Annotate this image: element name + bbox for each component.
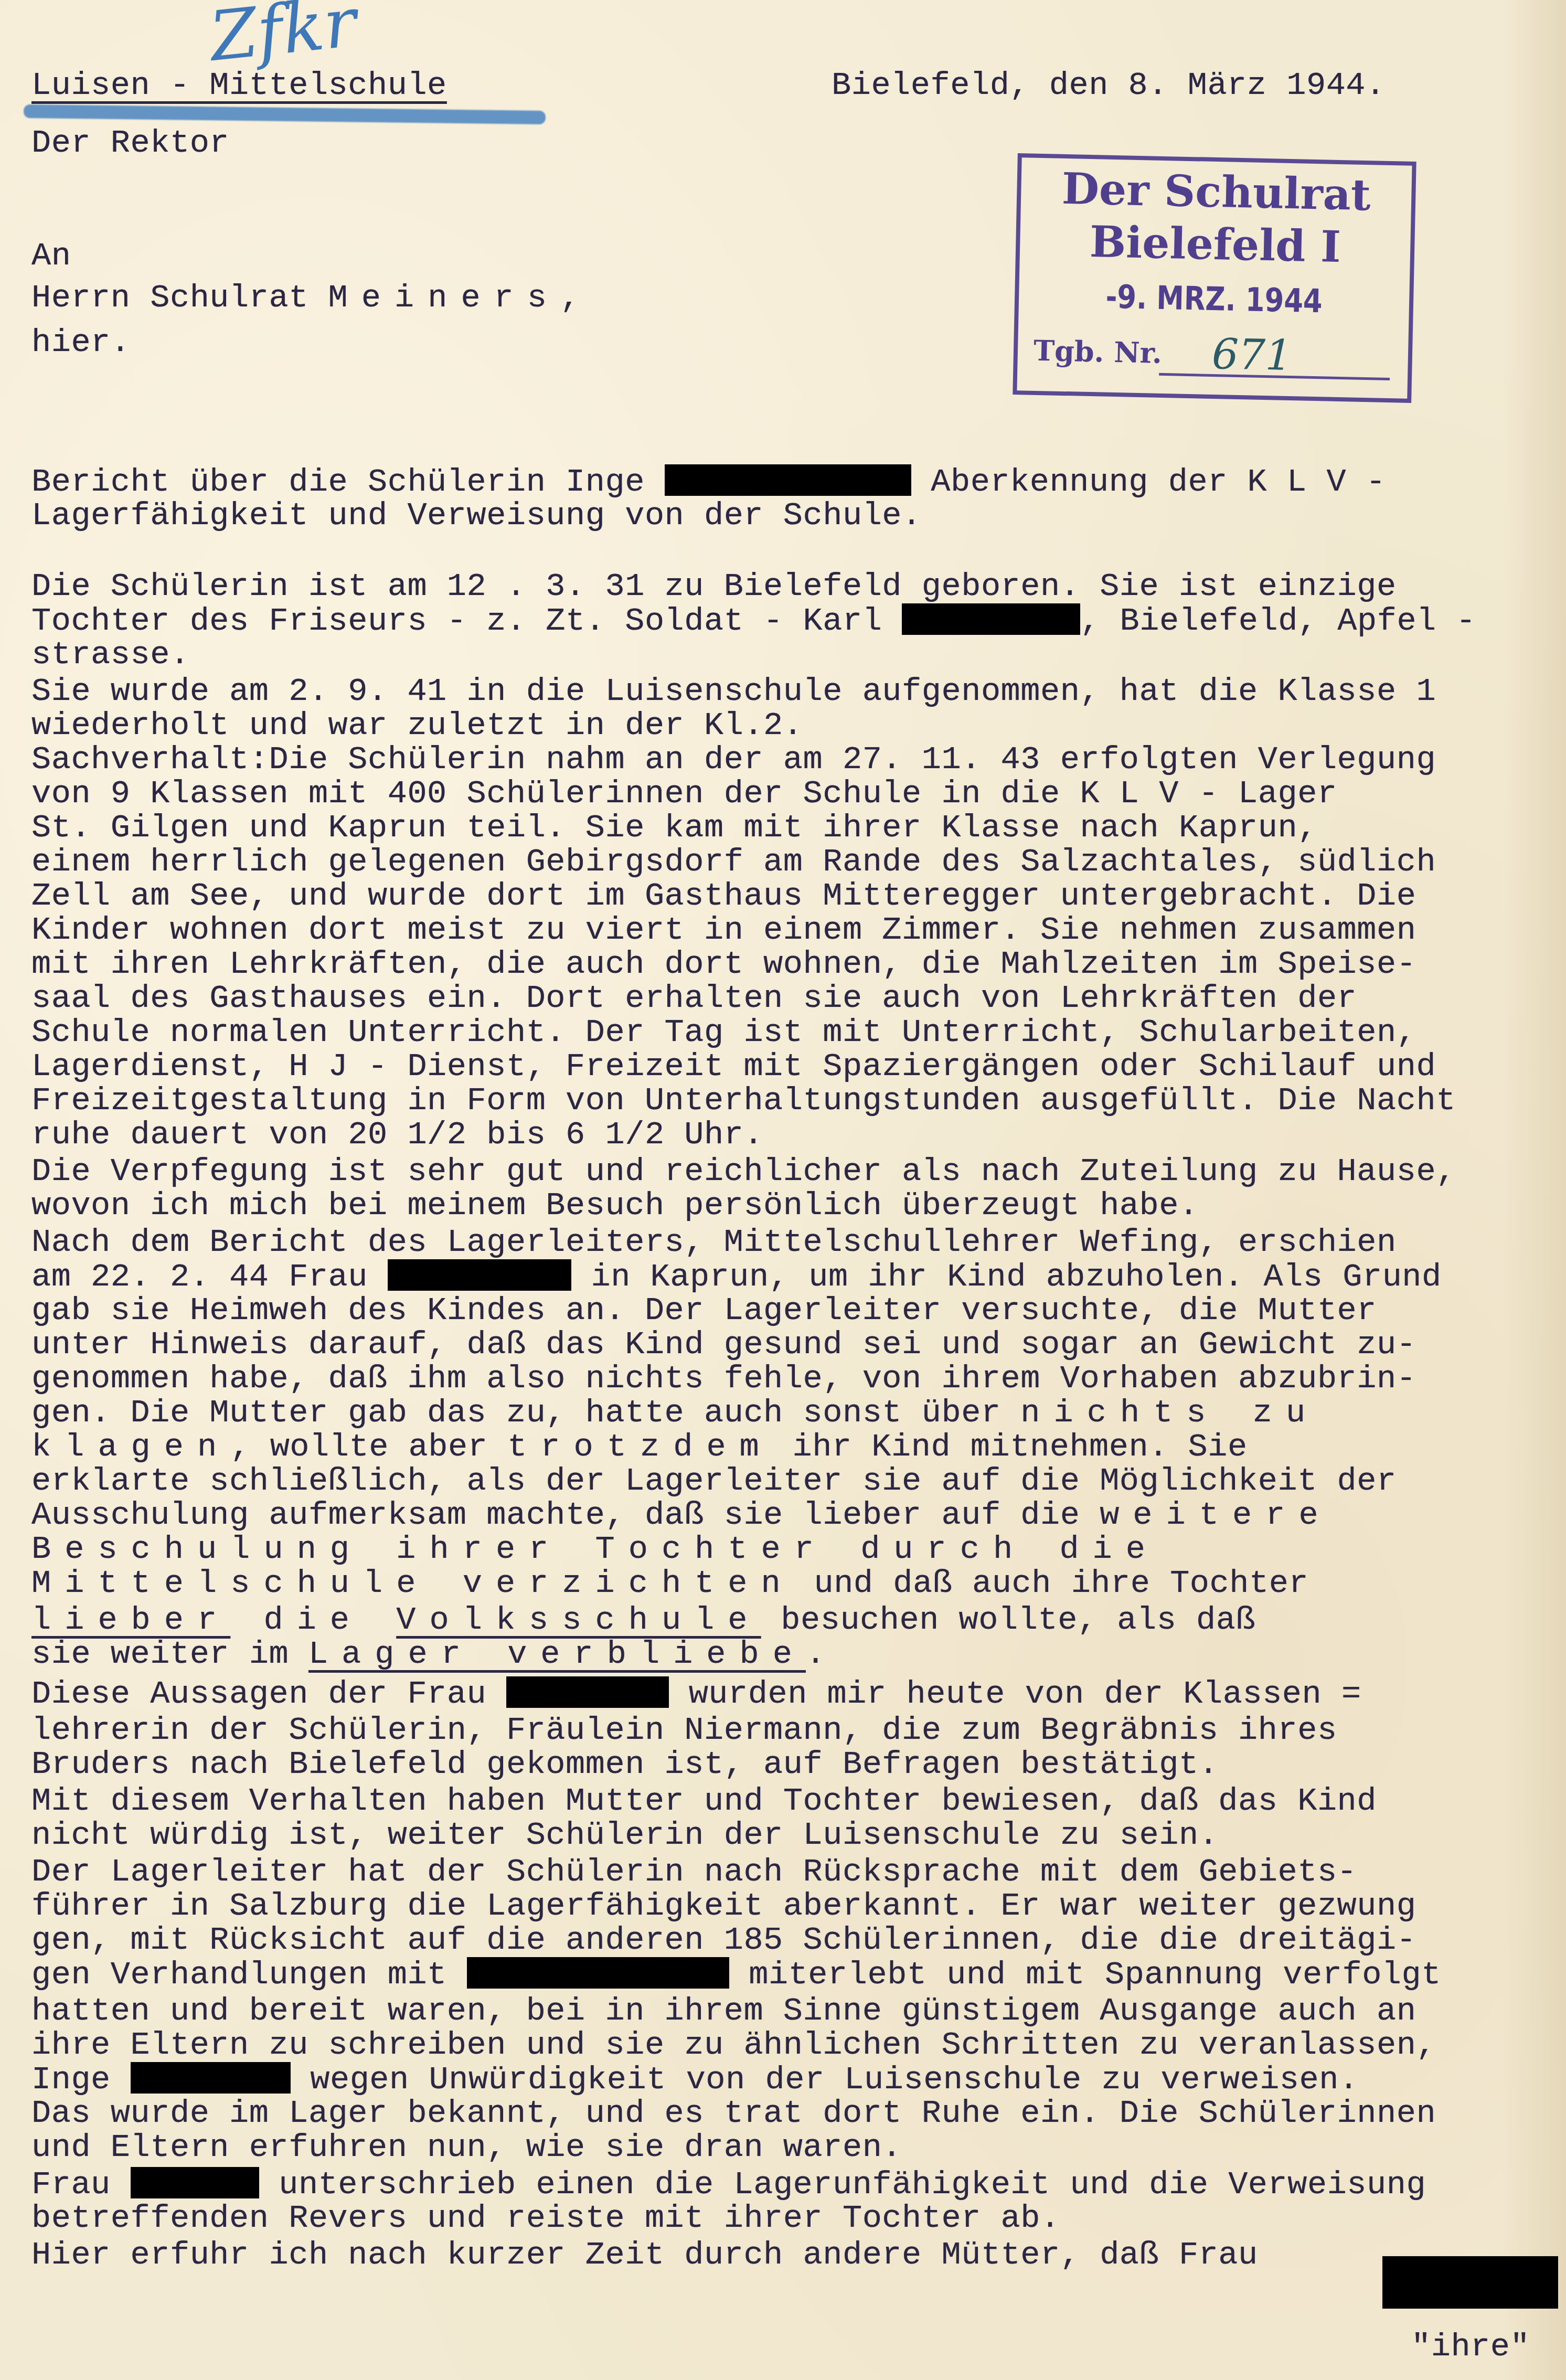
body-line: gen. Die Mutter gab das zu, hatte auch s… <box>31 1396 1319 1430</box>
place-date: Bielefeld, den 8. März 1944. <box>832 68 1386 103</box>
body-line: saal des Gasthauses ein. Dort erhalten s… <box>31 981 1357 1016</box>
body-line: sie weiter im Lager verbliebe. <box>31 1637 826 1672</box>
receipt-stamp: Der Schulrat Bielefeld I -9. MRZ. 1944 T… <box>1013 153 1416 403</box>
subject-line-1: Bericht über die Schülerin Inge Aberkenn… <box>31 464 1386 500</box>
stamp-line-2: Bielefeld I <box>1019 215 1411 274</box>
stamp-line-1: Der Schulrat <box>1021 163 1412 221</box>
body-line: Frau unterschrieb einen die Lagerunfähig… <box>31 2167 1426 2202</box>
emphasis-text: trotzdem <box>507 1428 773 1465</box>
body-line: betreffenden Revers und reiste mit ihrer… <box>31 2201 1060 2236</box>
recipient-name: Herrn Schulrat Meiners, <box>31 281 580 315</box>
body-line: lieber die Volksschule besuchen wollte, … <box>31 1603 1255 1638</box>
body-line: Mittelschule verzichten und daß auch ihr… <box>31 1566 1308 1601</box>
body-line: lehrerin der Schülerin, Fräulein Nierman… <box>31 1713 1337 1748</box>
redaction-block <box>388 1259 571 1291</box>
stamp-tgb-label: Tgb. Nr. <box>1033 334 1162 370</box>
body-text: Tochter des Friseurs - z. Zt. Soldat - K… <box>31 602 902 640</box>
body-line: erklarte schließlich, als der Lagerleite… <box>31 1464 1397 1499</box>
body-line: Sie wurde am 2. 9. 41 in die Luisenschul… <box>31 674 1436 709</box>
body-line: klagen, wollte aber trotzdem ihr Kind mi… <box>31 1430 1248 1464</box>
body-line: Der Lagerleiter hat der Schülerin nach R… <box>31 1855 1357 1889</box>
body-line: Nach dem Bericht des Lagerleiters, Mitte… <box>31 1225 1397 1260</box>
body-text: miterlebt und mit Spannung verfolgt <box>729 1956 1441 1993</box>
body-line: wovon ich mich bei meinem Besuch persönl… <box>31 1188 1199 1223</box>
redaction-block <box>902 603 1080 635</box>
body-line: Mit diesem Verhalten haben Mutter und To… <box>31 1784 1377 1819</box>
redaction-block <box>665 464 911 496</box>
body-line: genommen habe, daß ihm also nichts fehle… <box>31 1362 1416 1396</box>
emphasis-text: weitere <box>1100 1496 1331 1534</box>
body-text: Ausschulung aufmerksam machte, daß sie l… <box>31 1496 1100 1534</box>
body-line: Ausschulung aufmerksam machte, daß sie l… <box>31 1498 1332 1533</box>
catchword: "ihre" <box>1411 2330 1530 2364</box>
underlined-emphasis: Lager verbliebe <box>308 1635 806 1673</box>
redaction-block <box>131 2167 259 2198</box>
body-text: am 22. 2. 44 Frau <box>31 1258 388 1295</box>
body-line: Die Schülerin ist am 12 . 3. 31 zu Biele… <box>31 569 1397 604</box>
body-text: in Kaprun, um ihr Kind abzuholen. Als Gr… <box>571 1258 1442 1295</box>
body-line: führer in Salzburg die Lagerfähigkeit ab… <box>31 1889 1416 1924</box>
recipient-comma: , <box>560 279 580 316</box>
body-line: Beschulung ihrer Tochter durch die <box>31 1532 1159 1567</box>
body-text: , wollte aber <box>230 1428 507 1465</box>
body-line: Schule normalen Unterricht. Der Tag ist … <box>31 1015 1416 1050</box>
body-line: und Eltern erfuhren nun, wie sie dran wa… <box>31 2130 902 2165</box>
redaction-block <box>131 2062 291 2094</box>
blue-pencil-underline <box>24 104 546 124</box>
stamp-tgb-number: 671 <box>1211 330 1293 380</box>
body-text: Diese Aussagen der Frau <box>31 1675 506 1713</box>
body-text: ihr Kind mitnehmen. Sie <box>773 1428 1248 1465</box>
body-line: von 9 Klassen mit 400 Schülerinnen der S… <box>31 777 1337 811</box>
body-line: Bruders nach Bielefeld gekommen ist, auf… <box>31 1747 1218 1782</box>
body-text: gen Verhandlungen mit <box>31 1956 467 1993</box>
body-text: und daß auch ihre Tochter <box>794 1565 1308 1602</box>
body-line: gen, mit Rücksicht auf die anderen 185 S… <box>31 1923 1416 1958</box>
body-text: Frau <box>31 2166 131 2203</box>
underlined-emphasis: Volksschule <box>396 1601 761 1639</box>
body-text: . <box>806 1635 826 1673</box>
recipient-surname: Meiners <box>328 279 560 316</box>
body-line: nicht würdig ist, weiter Schülerin der L… <box>31 1818 1218 1853</box>
body-text: Inge <box>31 2061 131 2098</box>
body-line: Inge wegen Unwürdigkeit von der Luisensc… <box>31 2062 1359 2097</box>
recipient-prefix: An <box>31 239 71 273</box>
body-line: einem herrlich gelegenen Gebirgsdorf am … <box>31 845 1436 879</box>
body-text: gen. Die Mutter gab das zu, hatte auch s… <box>31 1394 1020 1431</box>
emphasis-text: Mittelschule verzichten <box>31 1565 794 1602</box>
body-line: Zell am See, und wurde dort im Gasthaus … <box>31 879 1416 913</box>
body-line: Tochter des Friseurs - z. Zt. Soldat - K… <box>31 603 1476 639</box>
body-line: Hier erfuhr ich nach kurzer Zeit durch a… <box>31 2238 1277 2272</box>
body-line: hatten und bereit waren, bei in ihrem Si… <box>31 1994 1416 2028</box>
body-line: gab sie Heimweh des Kindes an. Der Lager… <box>31 1293 1377 1328</box>
body-line: Lagerdienst, H J - Dienst, Freizeit mit … <box>31 1049 1436 1084</box>
subject-text: Bericht über die Schülerin Inge <box>31 463 665 501</box>
body-line: strasse. <box>31 637 190 672</box>
body-line: wiederholt und war zuletzt in der Kl.2. <box>31 708 803 743</box>
body-line: Die Verpfegung ist sehr gut und reichlic… <box>31 1154 1456 1189</box>
recipient-location: hier. <box>31 325 131 360</box>
body-line: St. Gilgen und Kaprun teil. Sie kam mit … <box>31 811 1317 845</box>
body-line: Kinder wohnen dort meist zu viert in ein… <box>31 913 1416 948</box>
body-text: wegen Unwürdigkeit von der Luisenschule … <box>291 2061 1359 2098</box>
body-line: ihre Eltern zu schreiben und sie zu ähnl… <box>31 2028 1436 2063</box>
body-line: Diese Aussagen der Frau wurden mir heute… <box>31 1676 1361 1712</box>
body-line: Das wurde im Lager bekannt, und es trat … <box>31 2096 1436 2131</box>
body-line: ruhe dauert von 20 1/2 bis 6 1/2 Uhr. <box>31 1118 763 1152</box>
body-line: mit ihren Lehrkräften, die auch dort woh… <box>31 947 1416 982</box>
body-text: , Bielefeld, Apfel - <box>1080 602 1476 640</box>
body-text: besuchen wollte, als daß <box>761 1601 1256 1639</box>
body-text: Hier erfuhr ich nach kurzer Zeit durch a… <box>31 2236 1277 2273</box>
body-line: Freizeitgestaltung in Form von Unterhalt… <box>31 1083 1456 1118</box>
body-text: unterschrieb einen die Lagerunfähigkeit … <box>259 2166 1426 2203</box>
redaction-block <box>506 1676 669 1708</box>
body-text: sie weiter im <box>31 1635 308 1673</box>
emphasis-text: die <box>230 1601 396 1639</box>
redaction-block <box>1382 2256 1558 2309</box>
recipient-title: Herrn Schulrat <box>31 279 328 316</box>
body-line: gen Verhandlungen mit miterlebt und mit … <box>31 1957 1441 1992</box>
sender-role: Der Rektor <box>31 126 229 161</box>
body-line: am 22. 2. 44 Frau in Kaprun, um ihr Kind… <box>31 1259 1442 1294</box>
underlined-emphasis: lieber <box>31 1601 230 1639</box>
body-text: wurden mir heute von der Klassen = <box>669 1675 1361 1713</box>
subject-text: Aberkennung der K L V - <box>911 463 1386 501</box>
body-line: unter Hinweis darauf, daß das Kind gesun… <box>31 1327 1416 1362</box>
handwritten-mark: Zfkr <box>206 0 360 77</box>
subject-line-2: Lagerfähigkeit und Verweisung von der Sc… <box>31 498 922 533</box>
stamp-date: -9. MRZ. 1944 <box>1048 276 1380 321</box>
body-line: Sachverhalt:Die Schülerin nahm an der am… <box>31 742 1436 777</box>
emphasis-text: klagen <box>31 1428 230 1465</box>
redaction-block <box>467 1957 729 1989</box>
school-name: Luisen - Mittelschule <box>31 68 447 103</box>
emphasis-text: nichts zu <box>1020 1394 1319 1431</box>
